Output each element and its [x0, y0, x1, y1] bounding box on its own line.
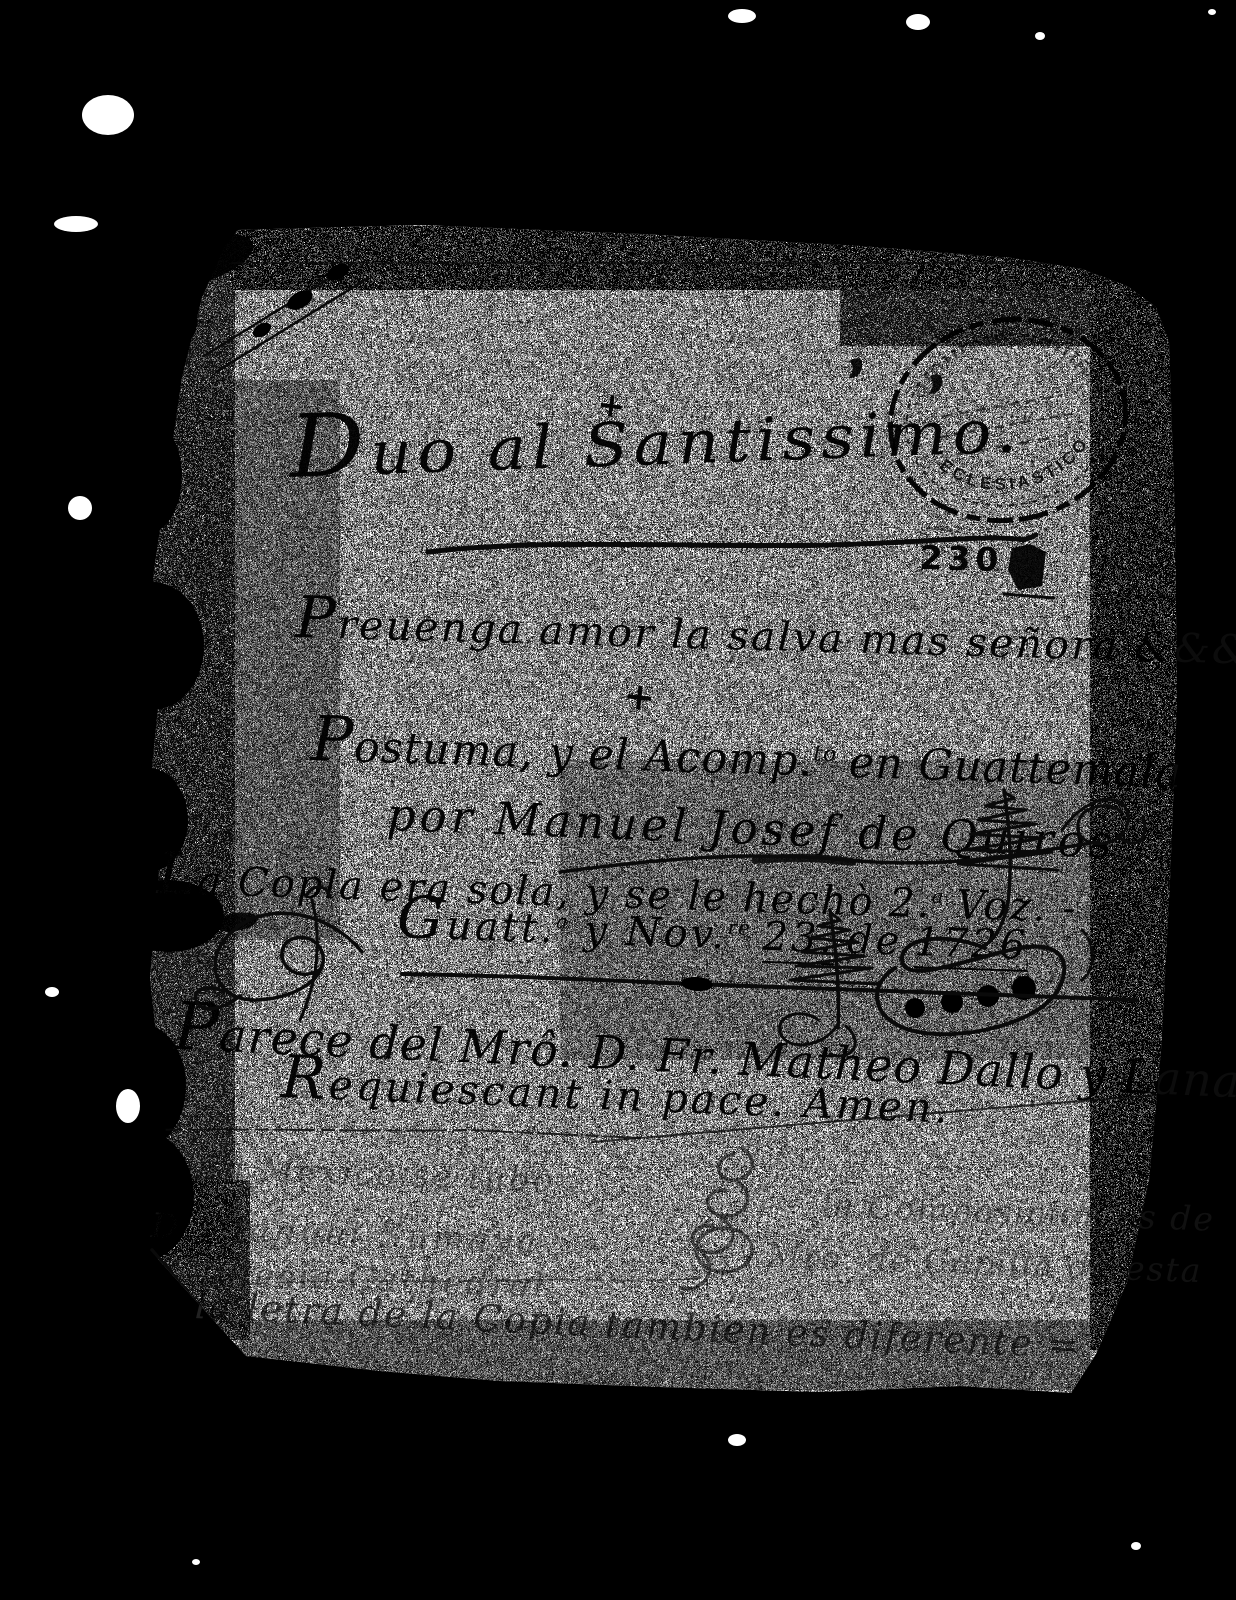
date-day: 23. — [762, 914, 836, 966]
comma-flourish-marks — [848, 358, 942, 394]
pencil-swirl-paraph — [680, 1148, 752, 1289]
postuma-line: Postuma, y el Acomp.toen Guattemala — [310, 714, 1183, 798]
incipit-line: Preuenga amor la salva mas señora &&& — [295, 594, 1236, 674]
date-de: de — [846, 917, 903, 965]
postuma-place: en Guattemala — [848, 738, 1183, 798]
date-superscript-re: re — [727, 915, 751, 940]
pencil-note-line-2: la Composicion es de — [821, 1186, 1216, 1239]
cross-mark-mid: + — [621, 672, 657, 720]
postuma-superscript: to — [813, 741, 837, 767]
date-place: Guatt. — [396, 901, 556, 953]
pencil-note-line-4: Mro. de Capilla de esta — [767, 1236, 1204, 1290]
date-year: 1726 — [913, 919, 1028, 972]
photocopied-manuscript-page: + Duo al Santissimo. 12 230 Preuenga amo… — [0, 0, 1236, 1600]
torn-edge-blotches — [86, 223, 260, 1262]
postuma-text: Postuma, y el Acomp. — [310, 721, 814, 787]
pencil-note-line-6: la letra de la Copia tambien es diferent… — [194, 1284, 1081, 1367]
folio-number: 12 — [908, 256, 948, 294]
pencil-note-line-1: En Mexico se tubo — [195, 1148, 557, 1200]
copla-superscript: a — [931, 884, 945, 908]
page-title: Duo al Santissimo. — [288, 387, 1023, 492]
long-horizontal-stroke — [402, 974, 1136, 1000]
catalog-number-stamp: 230 — [919, 538, 1004, 579]
date-month: y Nov. — [568, 907, 728, 959]
corner-crease-lines — [204, 261, 368, 372]
composer-line: por Manuel Josef de Quiros — [386, 788, 1117, 869]
date-superscript-a: a — [556, 909, 570, 933]
